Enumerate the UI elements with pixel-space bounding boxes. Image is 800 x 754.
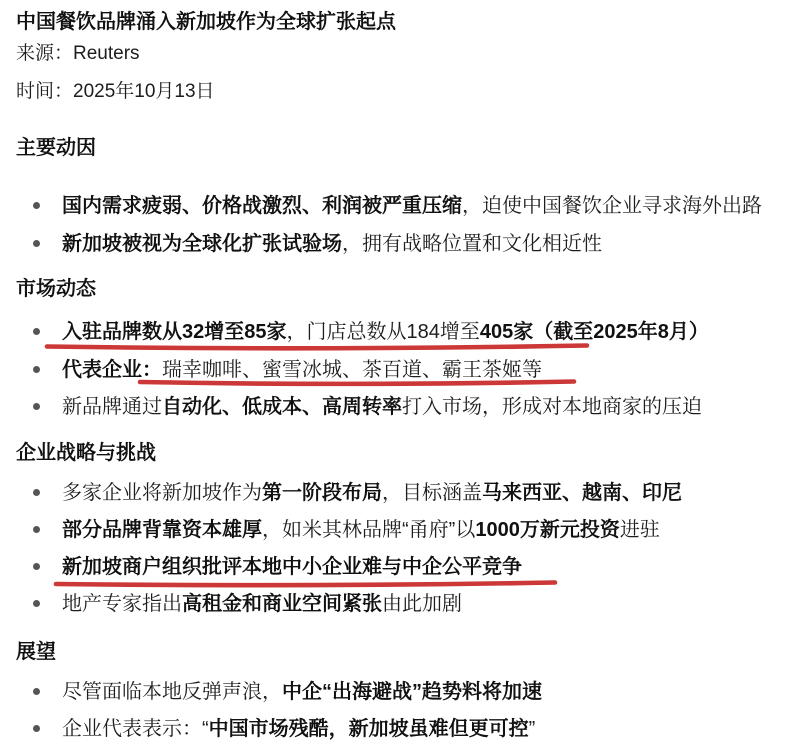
bullet-dot (33, 366, 40, 373)
text-segment: 中企“出海避战”趋势料将加速 (282, 681, 542, 703)
text-segment: 新加坡商户组织批评本地中小企业难与中企公平竞争 (62, 556, 522, 578)
text-segment: 地产专家指出 (62, 593, 182, 615)
date-value: 2025年10月13日 (73, 81, 215, 102)
text-segment: ，拥有战略位置和文化相近性 (342, 233, 602, 255)
source-line: 来源：Reuters (16, 41, 140, 67)
text-segment: 多家企业将新加坡作为 (62, 482, 262, 504)
text-segment: 第一阶段布局 (262, 482, 382, 504)
list-item: 部分品牌背靠资本雄厚，如米其林品牌“甬府”以1000万新元投资进驻 (62, 517, 660, 543)
text-segment: ，门店总数从184增至 (287, 321, 480, 343)
list-item: 国内需求疲弱、价格战激烈、利润被严重压缩，迫使中国餐饮企业寻求海外出路 (62, 193, 762, 219)
document-title: 中国餐饮品牌涌入新加坡作为全球扩张起点 (16, 9, 396, 35)
text-segment: 1000万新元投资 (475, 519, 620, 541)
text-segment: 企业代表表示：“ (62, 718, 209, 740)
bullet-dot (33, 403, 40, 410)
text-segment: 中国市场残酷，新加坡虽难但更可控 (209, 718, 529, 740)
bullet-dot (33, 600, 40, 607)
section-heading-strategy: 企业战略与挑战 (16, 440, 156, 466)
list-item: 新加坡被视为全球化扩张试验场，拥有战略位置和文化相近性 (62, 231, 602, 257)
list-item: 尽管面临本地反弹声浪，中企“出海避战”趋势料将加速 (62, 679, 542, 705)
text-segment: ，目标涵盖 (382, 482, 482, 504)
text-segment: ” (529, 718, 536, 740)
source-label: 来源： (16, 43, 73, 64)
bullet-dot (33, 328, 40, 335)
bullet-dot (33, 526, 40, 533)
text-segment: 尽管面临本地反弹声浪， (62, 681, 282, 703)
date-line: 时间：2025年10月13日 (16, 79, 215, 105)
text-segment: 自动化、低成本、高周转率 (162, 396, 402, 418)
text-segment: 405家（截至2025年8月） (480, 321, 709, 343)
list-item: 企业代表表示：“中国市场残酷，新加坡虽难但更可控” (62, 716, 535, 742)
text-segment: 部分品牌背靠资本雄厚 (62, 519, 262, 541)
text-segment: 进驻 (620, 519, 660, 541)
text-segment: ，如米其林品牌“甬府”以 (262, 519, 475, 541)
list-item: 地产专家指出高租金和商业空间紧张由此加剧 (62, 591, 462, 617)
section-heading-motives: 主要动因 (16, 135, 96, 161)
section-heading-market: 市场动态 (16, 276, 96, 302)
list-item: 多家企业将新加坡作为第一阶段布局，目标涵盖马来西亚、越南、印尼 (62, 480, 682, 506)
source-value: Reuters (73, 43, 140, 64)
text-segment: 新品牌通过 (62, 396, 162, 418)
bullet-dot (33, 563, 40, 570)
bullet-dot (33, 202, 40, 209)
text-segment: 打入市场，形成对本地商家的压迫 (402, 396, 702, 418)
text-segment: 马来西亚、越南、印尼 (482, 482, 682, 504)
bullet-dot (33, 725, 40, 732)
bullet-dot (33, 489, 40, 496)
list-item: 新加坡商户组织批评本地中小企业难与中企公平竞争 (62, 554, 522, 580)
text-segment: 高租金和商业空间紧张 (182, 593, 382, 615)
red-underline (43, 341, 591, 353)
text-segment: 入驻品牌数从32增至85家 (62, 321, 287, 343)
text-segment: ，迫使中国餐饮企业寻求海外出路 (462, 195, 762, 217)
bullet-dot (33, 688, 40, 695)
text-segment: 新加坡被视为全球化扩张试验场 (62, 233, 342, 255)
list-item: 新品牌通过自动化、低成本、高周转率打入市场，形成对本地商家的压迫 (62, 394, 702, 420)
text-segment: 由此加剧 (382, 593, 462, 615)
section-heading-outlook: 展望 (16, 639, 56, 665)
text-segment: 国内需求疲弱、价格战激烈、利润被严重压缩 (62, 195, 462, 217)
red-underline (136, 377, 578, 389)
red-underline (52, 578, 559, 590)
bullet-dot (33, 240, 40, 247)
date-label: 时间： (16, 81, 73, 102)
document-page: 中国餐饮品牌涌入新加坡作为全球扩张起点 来源：Reuters 时间：2025年1… (0, 0, 800, 754)
